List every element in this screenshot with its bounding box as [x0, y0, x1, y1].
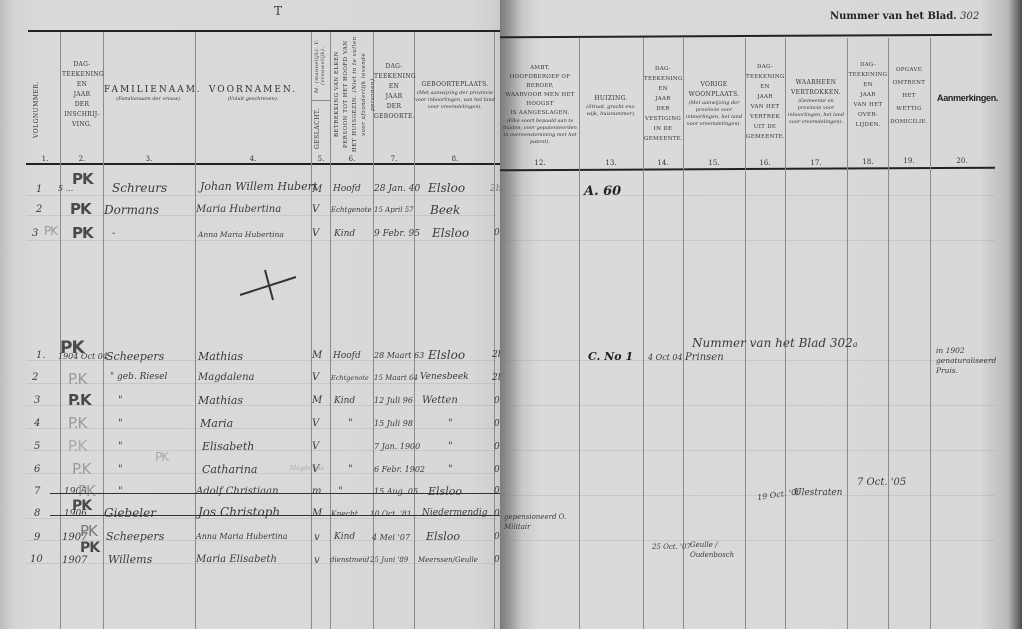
huizing-h2: C. No 1 [588, 350, 633, 363]
header-top-rule [28, 30, 502, 32]
header-vertrek: Dag-teekeningenJaarvan hetvertrekuit deG… [746, 62, 784, 142]
header-vorige-woonplaats: VorigeWoonplaats. (Met aanwijzing der pr… [684, 80, 744, 128]
col9-value: 0 [494, 442, 500, 452]
sex: V [312, 441, 319, 452]
row-number: 2 [32, 372, 38, 383]
row-number: 1. [36, 350, 46, 361]
col9-value: 0 [494, 396, 500, 406]
row-number: 10 [30, 554, 43, 565]
row-number: 1 [36, 184, 42, 195]
pk-stamp: P.K [68, 437, 86, 455]
row-line [26, 473, 496, 474]
surname: Schreurs [112, 181, 167, 195]
aanmerking-note: in 1902 genaturaliseerd Pruis. [936, 346, 1018, 376]
surname: - [112, 228, 115, 239]
row-line [500, 360, 995, 361]
header-geboorte: Dag-teekeningenJaarderGeboorte. [374, 62, 414, 122]
given-names: Johan Willem Hubert [200, 180, 317, 193]
col-number: 13. [580, 159, 642, 167]
header-beroep: Ambt,Hoofdberoep ofBeroep,waarvoor men h… [502, 64, 578, 146]
col-number: 15. [684, 159, 744, 167]
strike-line [50, 515, 500, 516]
birthplace: Elsloo [428, 348, 465, 362]
row-number: 3 [34, 395, 40, 406]
given-names: Maria Hubertina [196, 204, 281, 215]
relation: Echtgenote [331, 374, 369, 382]
surname: " geb. Riesel [110, 372, 167, 382]
row-number: 5 [34, 441, 40, 452]
col-number: 8. [415, 155, 495, 163]
col-number: 14. [644, 159, 682, 167]
birthplace: Wetten [422, 395, 458, 406]
birth-date: 10 Oct. '81 [370, 509, 412, 518]
birthplace: " [448, 441, 453, 452]
col9-value: 0 [494, 555, 500, 565]
given-names: Anna Maria Hubertina [196, 532, 288, 541]
sex: M [312, 184, 322, 195]
birth-date: 28 Maart 63 [374, 351, 424, 360]
birth-date: 12 Juli 96 [374, 396, 413, 405]
col-number: 17. [786, 159, 846, 167]
row-line [26, 450, 496, 451]
relation: Echtgenote [331, 206, 372, 214]
blad-reference: Nummer van het Blad 302a [692, 332, 858, 351]
surname: Giebeler [104, 506, 156, 520]
left-page: T Volgnummer. Dag-teekeningenJaarderInsc… [0, 0, 502, 629]
birthplace: Beek [430, 203, 460, 217]
col9-value: 0 [494, 532, 500, 542]
col-number: 18. [848, 158, 888, 166]
vorige-woonplaats-r10: Geulle / Oudenbosch [690, 540, 740, 560]
header-waarheen: Waarheenvertrokken. (Gemeente en provinc… [786, 78, 846, 126]
surname: Scheepers [106, 350, 164, 363]
given-names: Mathias [198, 394, 243, 407]
given-names: Magdalena [198, 372, 254, 383]
birthplace: Meerssen/Geulle [418, 556, 478, 564]
surname: " [118, 441, 123, 452]
relation: " [348, 418, 353, 429]
col9-value: 0 [494, 465, 500, 475]
row-number: 6 [34, 464, 40, 475]
col9-value: 0 [494, 419, 500, 429]
col-number: 16. [746, 159, 784, 167]
given-names: Catharina [202, 463, 257, 476]
header-domicilie: Opgaveomtrenthetwettigdomicilie. [889, 64, 929, 129]
col-number: 7. [374, 155, 414, 163]
relation: dienstmeid [330, 556, 369, 564]
pk-stamp-faint: PK [44, 224, 57, 238]
relation: Hoofd [333, 184, 361, 194]
birth-date: 15 Maart 64 [374, 374, 418, 382]
surname: " [118, 395, 123, 406]
sex: V [312, 418, 319, 429]
pk-stamp: PK [70, 200, 91, 218]
sex: v [314, 532, 320, 543]
relation: " [348, 464, 353, 475]
relation: Kind [334, 396, 355, 406]
col-number: 20. [931, 157, 993, 165]
relation: " [338, 486, 343, 497]
row-line [500, 195, 995, 196]
row-number: 4 [34, 418, 40, 429]
birth-date: 15 Juli 98 [374, 419, 413, 428]
vestiging-r10: 25 Oct. '07 [652, 543, 691, 551]
sex: M [312, 508, 322, 519]
sex: V [312, 228, 319, 239]
header-overlijden: Dag-teekeningenJaarvan hetover-lijden. [848, 60, 888, 130]
col9-value: 0 [494, 509, 500, 519]
surname: " [118, 464, 123, 475]
birthplace: " [448, 418, 453, 429]
inschrijving-date: 1907 [62, 555, 87, 566]
header-top-rule [500, 34, 992, 39]
surname: Scheepers [106, 530, 164, 543]
inschrijving-date: 1904 Oct 04 [58, 352, 108, 361]
relation: Knecht [331, 509, 358, 518]
pk-stamp: P.K [68, 391, 91, 409]
pk-stamp: PK [72, 498, 91, 514]
row-line [500, 495, 995, 496]
row-line [500, 405, 995, 406]
sex: V [312, 372, 319, 383]
col9-value: 0 [494, 228, 500, 238]
birth-date: 15 Aug. 05 [374, 487, 418, 496]
top-mark: T [274, 4, 282, 18]
overlijden-date: 7 Oct. '05 [857, 477, 906, 488]
header-huizing: Huizing. (Straat, gracht enz. wijk, huis… [580, 94, 642, 118]
surname: Dormans [104, 203, 159, 217]
header-sex-legend: M. (mannelijk). V. (vrouwelijk). [314, 36, 327, 96]
vestiging-date: 4 Oct 04 [648, 353, 683, 362]
given-names: Maria Elisabeth [196, 554, 277, 565]
birth-date: 9 Febr. 95 [374, 229, 420, 239]
surname: " [118, 486, 123, 497]
row-number: 7 [34, 486, 40, 497]
col9-value: 0 [494, 486, 500, 496]
sex-header-divider [312, 100, 330, 101]
birthplace: Niedermendig [422, 508, 488, 518]
row-line [500, 540, 995, 541]
pk-stamp: PK [80, 522, 97, 540]
sex: V [312, 464, 319, 475]
col-number: 3. [104, 155, 194, 163]
given-names: Jos Christoph [198, 505, 280, 519]
given-names: Mathias [198, 350, 243, 363]
pk-stamp: PK [72, 170, 93, 188]
cross-mark-icon [238, 266, 298, 302]
header-bottom-rule [500, 167, 995, 172]
birth-date: 25 Juni '89 [370, 556, 408, 564]
beroep-r8: gepensioneerd O. Militair [504, 512, 580, 532]
col-number: 12. [502, 159, 578, 167]
col-number: 2. [62, 155, 102, 163]
sex: v [314, 555, 320, 566]
birthplace: Elsloo [428, 181, 465, 195]
header-voornamen: VOORNAMEN. (Voluit geschreven). [196, 84, 310, 103]
birth-date: 4 Mei '07 [372, 533, 410, 542]
sex: V [312, 204, 319, 215]
birthplace: Elsloo [426, 530, 460, 543]
birth-date: 15 April 57 [374, 206, 414, 214]
birthplace: Elsloo [432, 226, 469, 240]
header-betrekking: Betrekking van elken persoon tot het hoo… [333, 36, 371, 152]
strike-line [50, 493, 500, 494]
pk-stamp: PK [80, 540, 99, 556]
sex: M [312, 350, 322, 361]
pk-stamp-loose: PK [155, 450, 168, 464]
header-geboorteplaats: Geboorteplaats. (Met aanwijzing der prov… [415, 80, 495, 111]
row-line [26, 195, 496, 196]
birth-date: 6 Febr. 1902 [374, 465, 425, 474]
header-bottom-rule [26, 163, 502, 165]
given-names: Anna Maria Hubertina [198, 230, 284, 239]
col-number: 1. [30, 155, 60, 163]
col-number: 4. [196, 155, 310, 163]
sex: m [312, 486, 321, 497]
relation: Kind [334, 229, 355, 239]
header-vestiging: Dag-teekeningenJaardervestigingin deGeme… [644, 64, 682, 144]
pk-stamp: P.K [68, 414, 86, 432]
pk-stamp: P.K [72, 460, 90, 478]
surname: " [118, 418, 123, 429]
header-geslacht: Geslacht. [314, 108, 327, 150]
vertrek-place: Ulestraten [794, 488, 842, 498]
birthplace: Venesbeek [420, 372, 469, 382]
header-familienaam: FAMILIENAAM. (Familienaam der vrouw). [104, 84, 194, 103]
birthplace: " [448, 464, 453, 475]
vorige-woonplaats: Prinsen [685, 352, 724, 363]
birth-date: 28 Jan. 40 [374, 184, 420, 194]
row-line [26, 383, 496, 384]
row-number: 8 [34, 508, 40, 519]
col-number: 5. [312, 155, 330, 163]
row-line [500, 240, 995, 241]
given-names: Maria [200, 417, 233, 430]
huizing-h1: A. 60 [584, 184, 621, 199]
blad-number-label: Nummer van het Blad. 302 [830, 11, 979, 22]
relation: Hoofd [333, 351, 361, 361]
inschrijving-date: 5 ... [58, 184, 73, 193]
header-aanmerkingen: Aanmerkingen. [937, 93, 998, 103]
row-line [500, 450, 995, 451]
given-names: Elisabeth [202, 440, 254, 453]
row-number: 2 [36, 204, 42, 215]
col-number: 19. [889, 157, 929, 165]
row-line [26, 240, 496, 241]
col-number: 6. [331, 155, 373, 163]
row-line [26, 215, 496, 216]
pk-stamp: P.K [68, 370, 86, 388]
birthplace: Elsloo [428, 485, 462, 498]
header-inschrijving: Dag-teekeningenJaarderInschrij-ving. [62, 60, 102, 130]
surname: Willems [108, 553, 152, 566]
relation: Kind [334, 532, 355, 542]
sex: M [312, 395, 322, 406]
birth-date: 7 Jan. 1900 [374, 442, 420, 451]
header-volgnummer: Volgnummer. [33, 70, 47, 150]
row-line [26, 428, 496, 429]
pk-stamp: PK [72, 224, 93, 242]
given-names: Adolf Christiaan [196, 486, 279, 497]
row-number: 3 [32, 228, 38, 239]
row-number: 9 [34, 532, 40, 543]
